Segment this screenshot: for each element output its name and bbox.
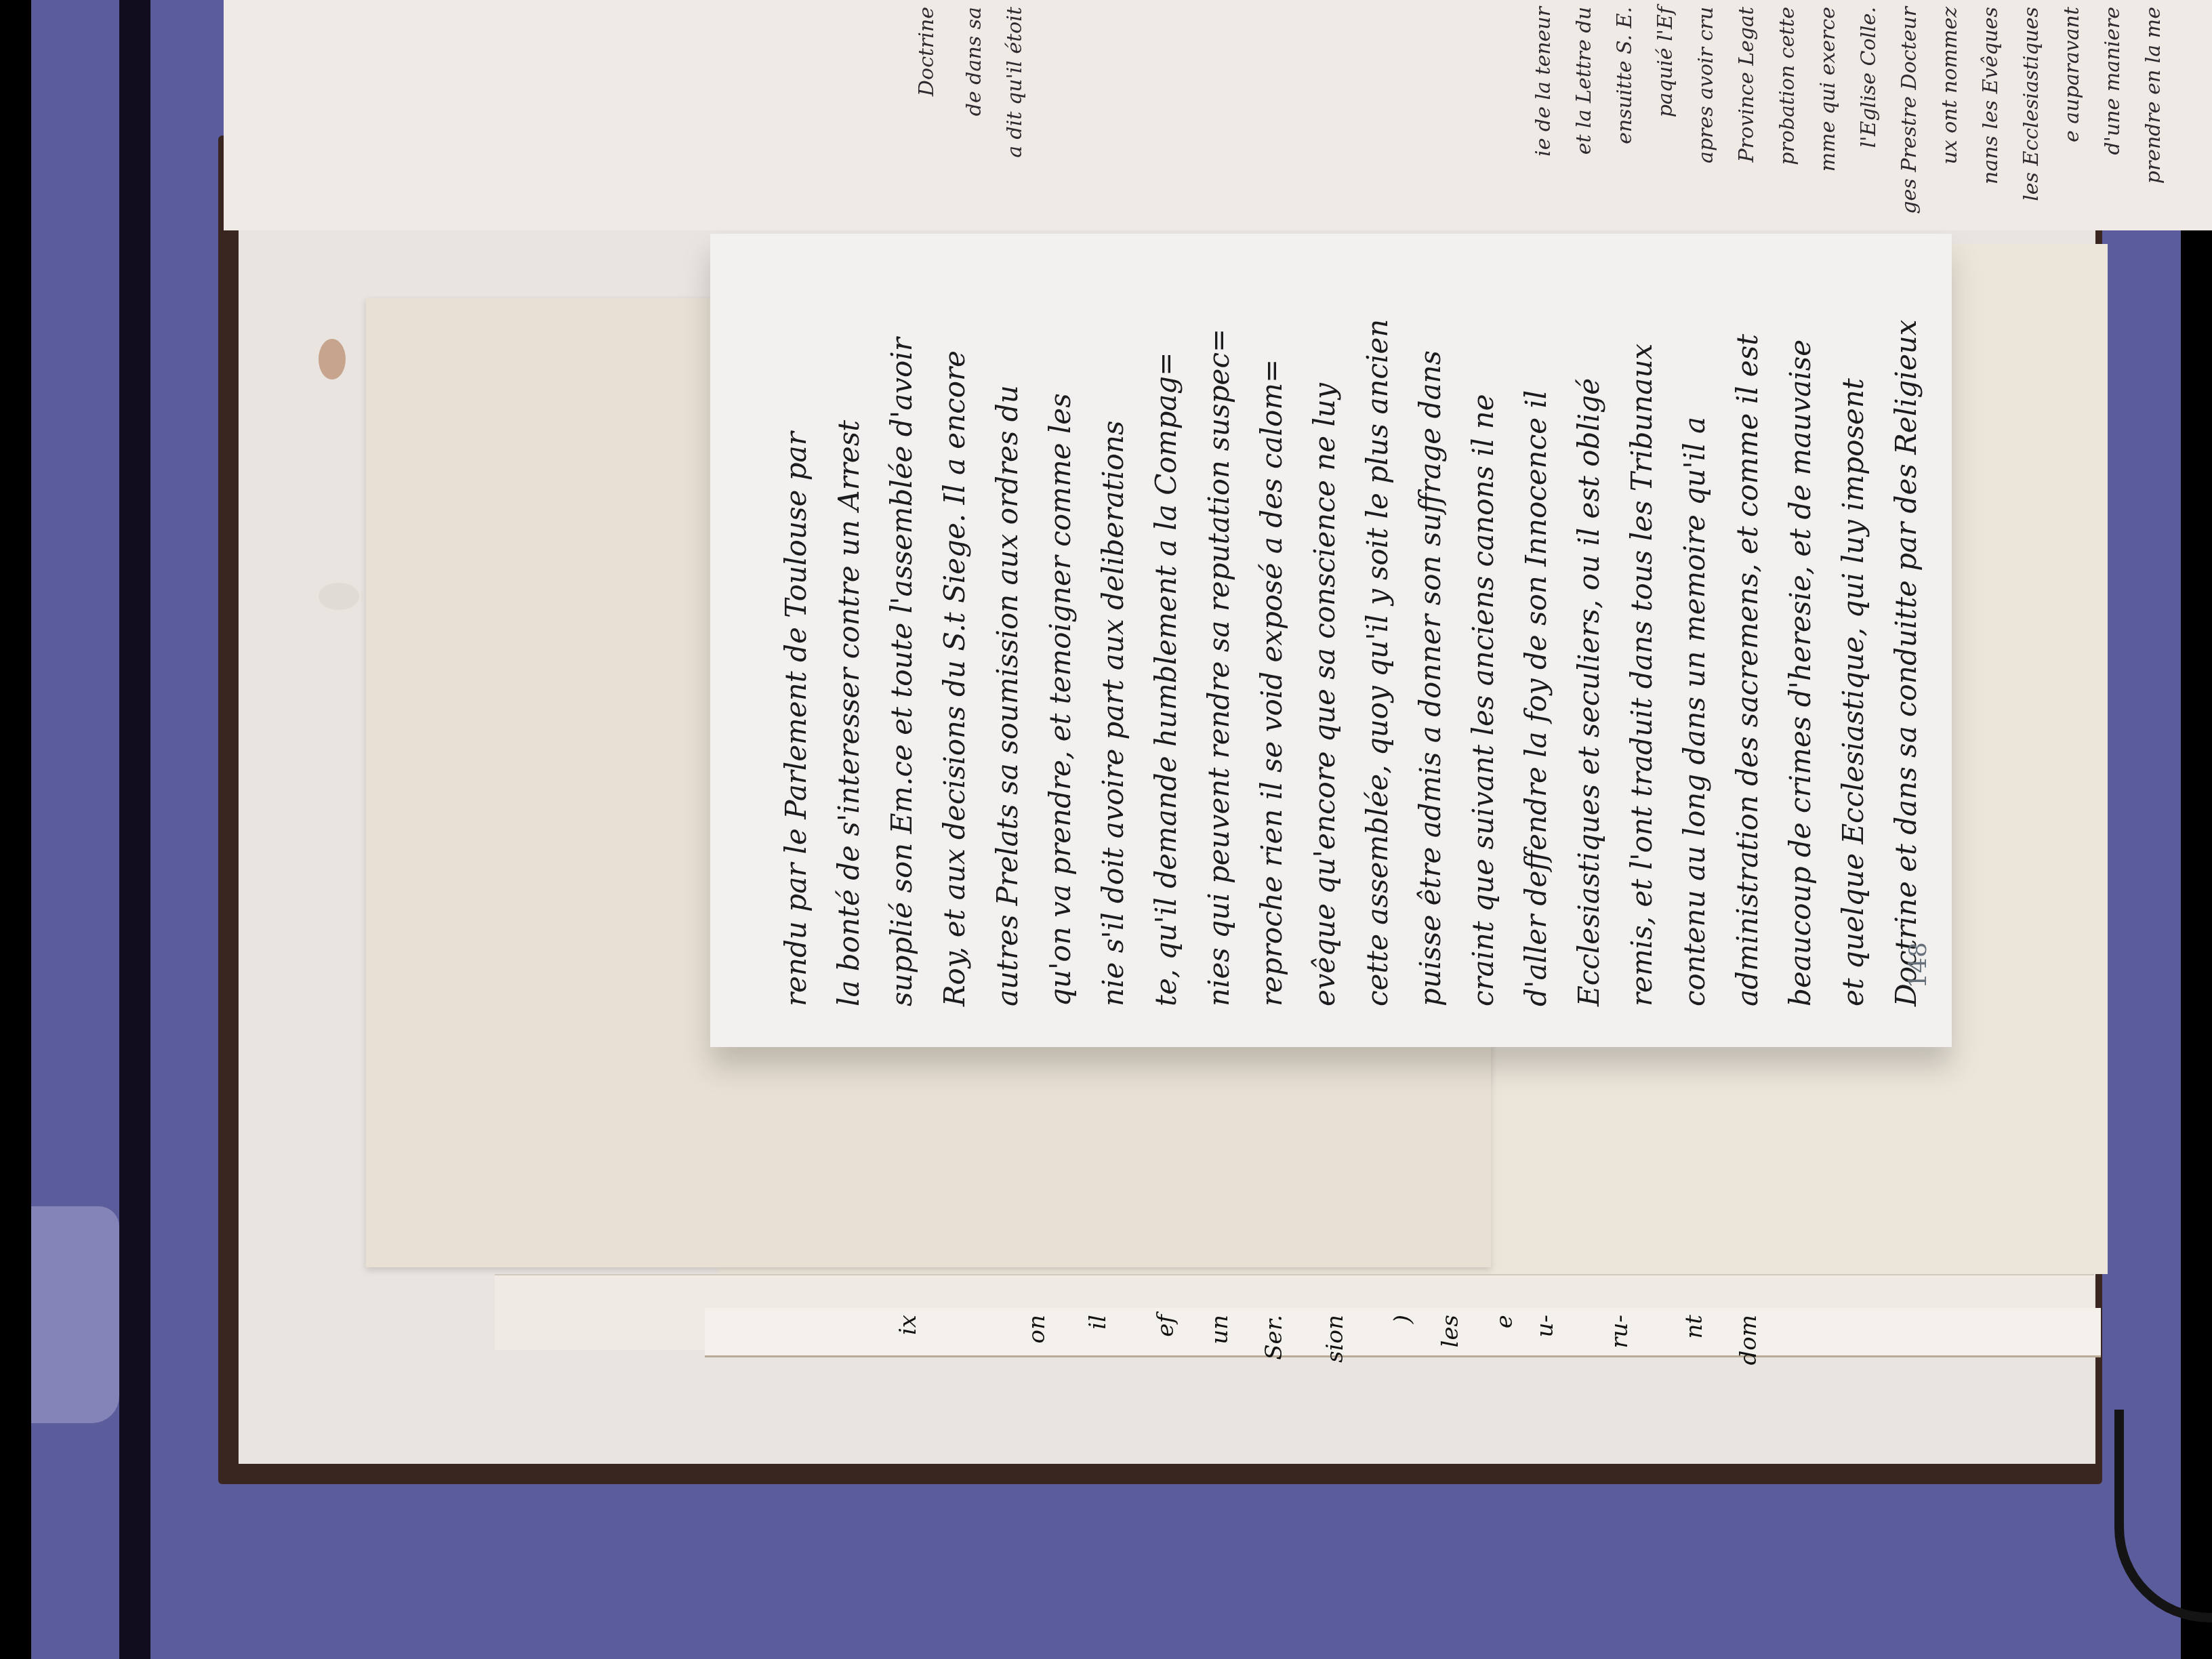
manuscript-line: cette assemblée, quoy qu'il y soit le pl… bbox=[1361, 274, 1394, 1006]
left-page-line: e auparavant bbox=[2060, 7, 2084, 142]
manuscript-line: supplié son Em.ce et toute l'assemblée d… bbox=[885, 274, 918, 1006]
manuscript-line: remis, et l'ont traduit dans tous les Tr… bbox=[1625, 274, 1658, 1006]
manuscript-line: reproche rien il se void exposé a des ca… bbox=[1255, 274, 1288, 1006]
water-stain bbox=[319, 339, 346, 380]
left-page-line: a dit qu'il étoit bbox=[1003, 7, 1027, 158]
manuscript-line: d'aller deffendre la foy de son Innocenc… bbox=[1519, 274, 1553, 1006]
manuscript-line: craint que suivant les anciens canons il… bbox=[1467, 274, 1500, 1006]
left-page-line: d'une maniere bbox=[2101, 7, 2125, 155]
manuscript-line: Doctrine et dans sa conduitte par des Re… bbox=[1889, 274, 1923, 1006]
left-page-line: ux ont nommez bbox=[1938, 7, 1962, 165]
manuscript-sheet: Doctrine et dans sa conduitte par des Re… bbox=[710, 234, 1952, 1047]
manuscript-line: Ecclesiastiques et seculiers, ou il est … bbox=[1572, 274, 1605, 1006]
letterbox-bar-left bbox=[0, 0, 31, 1659]
left-page-line: Province Legat bbox=[1735, 7, 1759, 162]
left-page-line: paquié l'Ef bbox=[1654, 7, 1677, 117]
left-page-line: prendre en la me bbox=[2142, 7, 2165, 184]
manuscript-line: beaucoup de crimes d'heresie, et de mauv… bbox=[1784, 274, 1817, 1006]
strip-fragment: u- bbox=[1532, 1315, 1559, 1337]
left-page-line: nans les Evêques bbox=[1979, 7, 2003, 184]
manuscript-line: te, qu'il demande humblement a la Compag… bbox=[1149, 274, 1183, 1006]
left-page-line: ges Prestre Docteur bbox=[1898, 7, 1921, 214]
left-page-line: Doctrine bbox=[915, 7, 939, 96]
left-page-line: ie de la teneur bbox=[1532, 7, 1555, 157]
strip-fragment: on bbox=[1023, 1315, 1050, 1343]
strip-fragment: ru- bbox=[1606, 1315, 1633, 1349]
dark-edge-strip bbox=[119, 0, 150, 1659]
strip-fragment: ) bbox=[1389, 1315, 1416, 1324]
left-page-line: ensuitte S. E. bbox=[1613, 7, 1637, 144]
strip-fragment: un bbox=[1206, 1315, 1233, 1345]
strip-fragment: e bbox=[1491, 1315, 1518, 1328]
left-page-line: apres avoir cru bbox=[1694, 7, 1718, 163]
strip-fragment: les bbox=[1437, 1315, 1464, 1347]
left-page: prendre en la me d'une maniere e auparav… bbox=[224, 0, 2212, 230]
manuscript-line: contenu au long dans un memoire qu'il a bbox=[1678, 274, 1711, 1006]
manuscript-line: nies qui peuvent rendre sa reputation su… bbox=[1202, 274, 1235, 1006]
strip-fragment: ix bbox=[895, 1315, 922, 1335]
manuscript-line: nie s'il doit avoire part aux deliberati… bbox=[1097, 274, 1130, 1006]
left-page-line: mme qui exerce bbox=[1816, 7, 1840, 171]
strip-fragment: dom bbox=[1735, 1315, 1762, 1365]
strip-fragment: il bbox=[1084, 1315, 1111, 1330]
left-page-line: probation cette bbox=[1776, 7, 1799, 165]
manuscript-line: qu'on va prendre, et temoigner comme les bbox=[1044, 274, 1077, 1006]
left-page-line: l'Eglise Colle. bbox=[1857, 7, 1881, 148]
left-page-line: les Ecclesiastiques bbox=[2020, 7, 2043, 201]
left-page-line: de dans sa bbox=[962, 7, 986, 116]
manuscript-line: administration des sacremens, et comme i… bbox=[1731, 274, 1764, 1006]
manuscript-line: la bonté de s'interesser contre un Arres… bbox=[832, 274, 865, 1006]
strip-fragment: nt bbox=[1681, 1315, 1708, 1339]
manuscript-line: autres Prelats sa soumission aux ordres … bbox=[991, 274, 1024, 1006]
left-page-text: prendre en la me d'une maniere e auparav… bbox=[901, 0, 2162, 224]
cloth-fold bbox=[31, 1206, 119, 1423]
paper-damage bbox=[319, 583, 359, 610]
folio-number: 148 bbox=[1904, 942, 1932, 989]
manuscript-line: et quelque Ecclesiastique, qui luy impos… bbox=[1837, 274, 1870, 1006]
strip-fragment: Ser. bbox=[1261, 1315, 1288, 1360]
left-page-line: et la Lettre du bbox=[1572, 7, 1596, 155]
strip-fragment: sion bbox=[1322, 1315, 1349, 1363]
manuscript-line: puisse être admis a donner son suffrage … bbox=[1414, 274, 1447, 1006]
strip-fragment: ef bbox=[1152, 1315, 1179, 1337]
manuscript-line: rendu par le Parlement de Toulouse par bbox=[779, 274, 813, 1006]
manuscript-line: evêque qu'encore que sa conscience ne lu… bbox=[1308, 274, 1341, 1006]
manuscript-line: Roy, et aux decisions du S.t Siege. Il a… bbox=[938, 274, 971, 1006]
